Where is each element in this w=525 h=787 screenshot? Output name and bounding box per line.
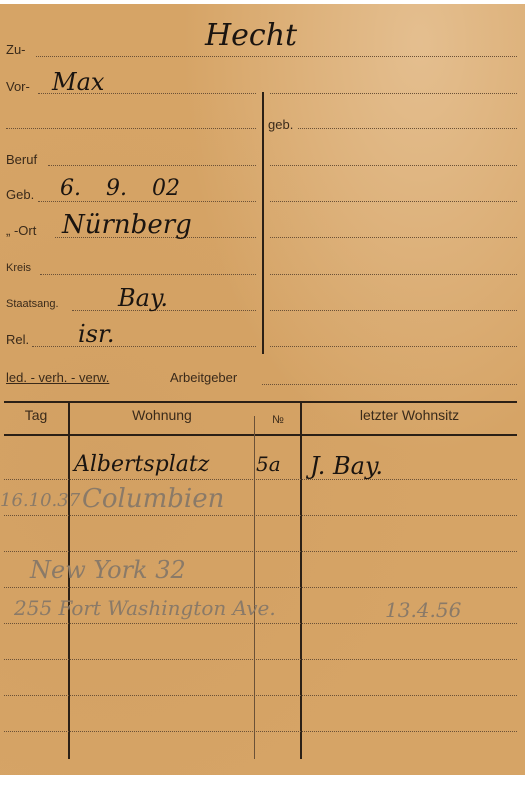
birthdate-value: 6. 9. 02 [60,176,180,201]
right-line-5 [270,310,517,311]
religion-label: Rel. [6,332,29,347]
row4-wohnung: 255 Fort Washington Ave. [14,596,276,620]
firstname-label: Vor- [6,79,30,94]
employer-line [262,384,517,385]
kreis-label: Kreis [6,262,31,274]
row-line [4,479,517,480]
birthplace-value: Nürnberg [62,210,192,240]
beruf-line [48,165,256,166]
row-line [4,515,517,516]
row1-wohnung: Albertsplatz [74,452,209,477]
firstname-line-right [270,93,517,94]
right-line-3 [270,237,517,238]
employer-label: Arbeitgeber [170,370,237,385]
kreis-line [40,274,256,275]
right-line-6 [270,346,517,347]
marital-status-label: led. - verh. - verw. [6,370,109,385]
row-line [4,623,517,624]
col-divider-3 [300,401,302,759]
birthdate-label: Geb. [6,187,34,202]
surname-label: Zu- [6,42,26,57]
geb-label: geb. [268,117,293,132]
row-line [4,587,517,588]
surname-line [36,56,517,57]
header-tag: Tag [4,407,68,423]
row3-wohnung: New York 32 [30,556,186,584]
citizenship-label: Staatsang. [6,298,59,310]
center-divider [262,92,264,354]
header-nr: № [256,414,300,426]
table-header-rule [4,434,517,436]
registration-card: Zu- Hecht Vor- Max geb. Beruf Geb. 6. 9.… [0,4,525,775]
religion-value: isr. [78,320,114,348]
geb-line [298,128,517,129]
right-line-4 [270,274,517,275]
row1-letzter: J. Bay. [310,452,383,480]
blank-line [6,128,256,129]
citizenship-value: Bay. [118,284,168,312]
row-line [4,695,517,696]
birthdate-line [38,201,256,202]
row2-wohnung: Columbien [82,484,224,514]
row-line [4,731,517,732]
right-line-1 [270,165,517,166]
row2-tag: 16.10.37 [0,490,80,511]
firstname-value: Max [52,68,104,96]
row1-nr: 5a [256,452,281,476]
header-letzter-wohnsitz: letzter Wohnsitz [302,407,517,423]
religion-line [32,346,256,347]
row4-letzter: 13.4.56 [385,598,461,622]
birthplace-label: „ -Ort [6,223,36,238]
surname-value: Hecht [205,18,297,53]
beruf-label: Beruf [6,152,37,167]
header-wohnung: Wohnung [70,407,254,423]
row-line [4,659,517,660]
table-top-rule [4,401,517,403]
right-line-2 [270,201,517,202]
row-line [4,551,517,552]
